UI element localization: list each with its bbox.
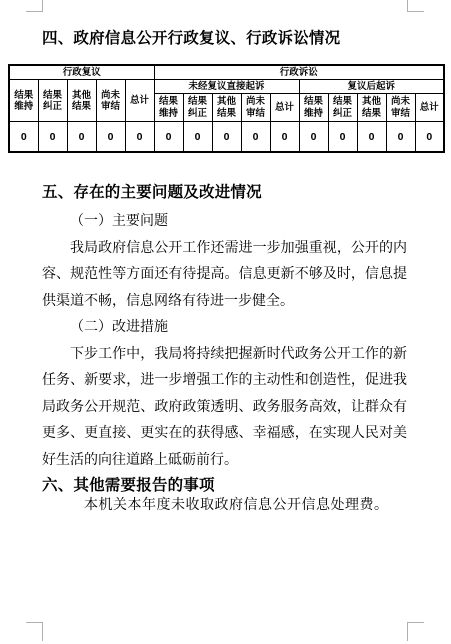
paragraph-main-problems: 我局政府信息公开工作还需进一步加强重视，公开的内容、规范性等方面还有待提高。信息… bbox=[42, 236, 407, 316]
value-cell: 0 bbox=[357, 122, 386, 153]
column-header-cell: 尚未审结 bbox=[386, 94, 415, 122]
value-cell: 0 bbox=[415, 122, 444, 153]
column-header-cell: 结果维持 bbox=[299, 94, 328, 122]
column-header-cell: 总计 bbox=[125, 80, 154, 122]
value-cell: 0 bbox=[386, 122, 415, 153]
body-text-area: 五、存在的主要问题及改进情况 （一）主要问题 我局政府信息公开工作还需进一步加强… bbox=[42, 185, 407, 519]
column-header-cell: 其他结果 bbox=[212, 94, 241, 122]
subsection-1-title: （一）主要问题 bbox=[42, 209, 407, 236]
value-cell: 0 bbox=[241, 122, 270, 153]
column-header-cell: 结果纠正 bbox=[328, 94, 357, 122]
column-header-cell: 尚未审结 bbox=[241, 94, 270, 122]
value-cell: 0 bbox=[67, 122, 96, 153]
column-header-cell: 其他结果 bbox=[67, 80, 96, 122]
value-cell: 0 bbox=[154, 122, 183, 153]
group-header-admin-review: 行政复议 bbox=[9, 65, 154, 80]
value-cell: 0 bbox=[9, 122, 38, 153]
subsection-2-title: （二）改进措施 bbox=[42, 315, 407, 342]
value-cell: 0 bbox=[212, 122, 241, 153]
column-header-cell: 结果纠正 bbox=[38, 80, 67, 122]
column-header-cell: 尚未审结 bbox=[96, 80, 125, 122]
admin-review-litigation-table: 行政复议 行政诉讼 结果维持 结果纠正 其他结果 尚未审结 总计 未经复议直接起… bbox=[8, 64, 445, 153]
crop-mark-top-right bbox=[407, 0, 424, 12]
value-cell: 0 bbox=[299, 122, 328, 153]
paragraph-improvements: 下步工作中，我局将持续把握新时代政务公开工作的新任务、新要求，进一步增强工作的主… bbox=[42, 342, 407, 475]
column-header-cell: 总计 bbox=[415, 94, 444, 122]
column-header-cell: 结果维持 bbox=[9, 80, 38, 122]
document-page: { "page": { "background_color": "#ffffff… bbox=[0, 0, 451, 644]
value-cell: 0 bbox=[125, 122, 154, 153]
value-cell: 0 bbox=[38, 122, 67, 153]
crop-mark-bottom-right bbox=[407, 622, 424, 641]
section-6-title: 六、其他需要报告的事项 bbox=[42, 478, 407, 493]
subgroup-header-direct-suit: 未经复议直接起诉 bbox=[154, 80, 299, 94]
value-cell: 0 bbox=[270, 122, 299, 153]
column-header-cell: 结果纠正 bbox=[183, 94, 212, 122]
section-4-title: 四、政府信息公开行政复议、行政诉讼情况 bbox=[42, 30, 422, 47]
group-header-admin-litigation: 行政诉讼 bbox=[154, 65, 444, 80]
value-cell: 0 bbox=[96, 122, 125, 153]
paragraph-no-fees: 本机关本年度未收取政府信息公开信息处理费。 bbox=[42, 493, 407, 519]
crop-mark-top-left bbox=[26, 0, 43, 12]
value-cell: 0 bbox=[328, 122, 357, 153]
subgroup-header-suit-after-review: 复议后起诉 bbox=[299, 80, 444, 94]
column-header-cell: 结果维持 bbox=[154, 94, 183, 122]
value-cell: 0 bbox=[183, 122, 212, 153]
column-header-cell: 总计 bbox=[270, 94, 299, 122]
section-5-title: 五、存在的主要问题及改进情况 bbox=[42, 185, 407, 200]
crop-mark-bottom-left bbox=[26, 622, 43, 641]
column-header-cell: 其他结果 bbox=[357, 94, 386, 122]
